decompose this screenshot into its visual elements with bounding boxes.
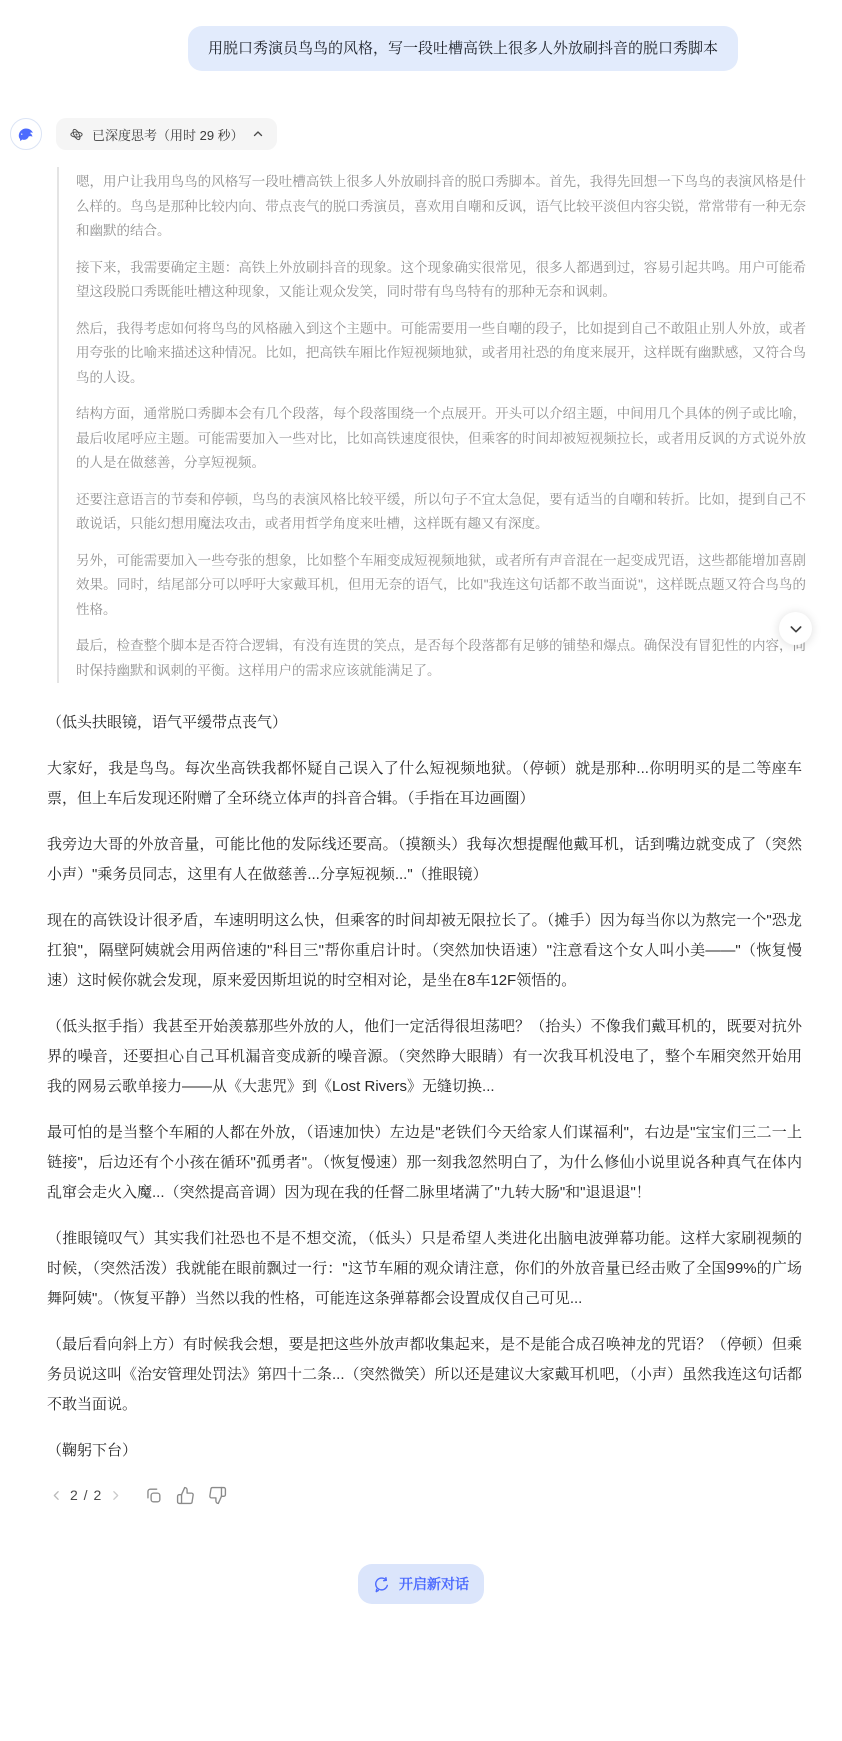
thinking-paragraph: 接下来，我需要确定主题：高铁上外放刷抖音的现象。这个现象确实很常见，很多人都遇到… — [76, 256, 806, 305]
next-response-button[interactable] — [109, 1489, 122, 1502]
deepthink-icon — [69, 127, 84, 142]
thumbs-up-icon — [176, 1486, 195, 1505]
thinking-paragraph: 嗯，用户让我用鸟鸟的风格写一段吐槽高铁上很多人外放刷抖音的脱口秀脚本。首先，我得… — [76, 170, 806, 244]
assistant-response: （低头扶眼镜，语气平缓带点丧气） 大家好，我是鸟鸟。每次坐高铁我都怀疑自己误入了… — [47, 708, 802, 1466]
response-paragraph: 最可怕的是当整个车厢的人都在外放，（语速加快）左边是"老铁们今天给家人们谋福利"… — [47, 1118, 802, 1208]
copy-button[interactable] — [138, 1482, 168, 1508]
response-paragraph: 我旁边大哥的外放音量，可能比他的发际线还要高。（摸额头）我每次想提醒他戴耳机，话… — [47, 830, 802, 890]
assistant-avatar — [10, 118, 42, 150]
thinking-paragraph: 最后，检查整个脚本是否符合逻辑，有没有连贯的笑点，是否每个段落都有足够的铺垫和爆… — [76, 634, 806, 683]
chat-page: 用脱口秀演员鸟鸟的风格，写一段吐槽高铁上很多人外放刷抖音的脱口秀脚本 — [0, 0, 842, 1741]
thinking-paragraph: 然后，我得考虑如何将鸟鸟的风格融入到这个主题中。可能需要用一些自嘲的段子，比如提… — [76, 317, 806, 391]
feedback-icon-group — [138, 1482, 232, 1508]
response-paragraph: （低头抠手指）我甚至开始羡慕那些外放的人，他们一定活得很坦荡吧？（抬头）不像我们… — [47, 1012, 802, 1102]
new-chat-button[interactable]: 开启新对话 — [358, 1564, 484, 1604]
thinking-block: 嗯，用户让我用鸟鸟的风格写一段吐槽高铁上很多人外放刷抖音的脱口秀脚本。首先，我得… — [57, 167, 806, 683]
copy-icon — [144, 1486, 163, 1505]
deepseek-whale-icon — [15, 123, 37, 145]
chevron-right-icon — [109, 1489, 122, 1502]
new-chat-label: 开启新对话 — [399, 1574, 469, 1594]
chevron-up-icon — [252, 128, 264, 140]
thinking-paragraph: 还要注意语言的节奏和停顿，鸟鸟的表演风格比较平缓，所以句子不宜太急促，要有适当的… — [76, 488, 806, 537]
response-paragraph: 现在的高铁设计很矛盾，车速明明这么快，但乘客的时间却被无限拉长了。（摊手）因为每… — [47, 906, 802, 996]
response-paragraph: （推眼镜叹气）其实我们社恐也不是不想交流，（低头）只是希望人类进化出脑电波弹幕功… — [47, 1224, 802, 1314]
prev-response-button[interactable] — [50, 1489, 63, 1502]
scroll-down-button[interactable] — [779, 612, 812, 645]
response-paragraph: （最后看向斜上方）有时候我会想，要是把这些外放声都收集起来，是不是能合成召唤神龙… — [47, 1330, 802, 1420]
assistant-header: 已深度思考（用时 29 秒） — [10, 118, 842, 150]
chevron-down-icon — [788, 621, 804, 637]
refresh-chat-icon — [373, 1576, 390, 1593]
chevron-left-icon — [50, 1489, 63, 1502]
thumbs-down-button[interactable] — [202, 1482, 232, 1508]
new-chat-row: 开启新对话 — [0, 1564, 842, 1604]
user-message-bubble[interactable]: 用脱口秀演员鸟鸟的风格，写一段吐槽高铁上很多人外放刷抖音的脱口秀脚本 — [188, 26, 738, 71]
response-toolbar: 2 / 2 — [50, 1482, 842, 1508]
deep-think-label: 已深度思考（用时 29 秒） — [92, 125, 244, 144]
thumbs-down-icon — [208, 1486, 227, 1505]
response-paragraph: 大家好，我是鸟鸟。每次坐高铁我都怀疑自己误入了什么短视频地狱。（停顿）就是那种.… — [47, 754, 802, 814]
response-paragraph: （低头扶眼镜，语气平缓带点丧气） — [47, 708, 802, 738]
user-message-row: 用脱口秀演员鸟鸟的风格，写一段吐槽高铁上很多人外放刷抖音的脱口秀脚本 — [0, 0, 842, 71]
thumbs-up-button[interactable] — [170, 1482, 200, 1508]
thinking-paragraph: 另外，可能需要加入一些夸张的想象，比如整个车厢变成短视频地狱，或者所有声音混在一… — [76, 549, 806, 623]
deep-think-toggle[interactable]: 已深度思考（用时 29 秒） — [56, 118, 277, 150]
thinking-paragraph: 结构方面，通常脱口秀脚本会有几个段落，每个段落围绕一个点展开。开头可以介绍主题，… — [76, 402, 806, 476]
response-page-indicator: 2 / 2 — [70, 1487, 102, 1503]
response-paragraph: （鞠躬下台） — [47, 1436, 802, 1466]
